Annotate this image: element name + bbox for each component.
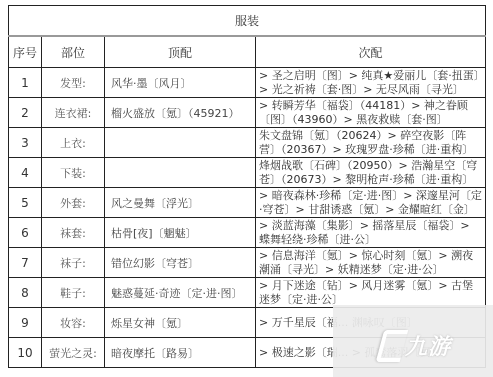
row-sub-items: > 信息海洋〔氪〕> 惊心时刻〔氪〕> 溯夜潮涌〔寻光〕> 妖精迷梦〔定·进·公… (256, 248, 486, 278)
table-row: 6袜套:枯骨[夜]〔魍魅〕> 淡蓝海藻〔集影〕> 摇落星辰〔福袋〕> 蝶舞轻绕·… (9, 218, 486, 248)
row-part: 上衣: (42, 128, 105, 158)
row-sub-items: 朱文盘锦〔氪〕（20624）> 碎空夜影〔阵营〕（20367）> 玫瑰罗盘·珍稀… (256, 128, 486, 158)
row-sub-items-text: > 转瞬芳华〔福袋〕（44181）> 神之眷顾〔图〕（43960）> 黑夜救赎〔… (259, 99, 482, 127)
table-row: 7袜子:错位幻影〔穹苍〕> 信息海洋〔氪〕> 惊心时刻〔氪〕> 溯夜潮涌〔寻光〕… (9, 248, 486, 278)
row-sub-items-text: > 淡蓝海藻〔集影〕> 摇落星辰〔福袋〕> 蝶舞轻绕·珍稀〔进·公〕 (259, 219, 482, 247)
row-part: 下装: (42, 158, 105, 188)
row-number: 7 (9, 248, 42, 278)
row-sub-items: > 圣之启明〔图〕> 纯真★爱丽儿〔套·扭蛋〕> 光之祈祷〔套·图〕> 无尽风雨… (256, 68, 486, 98)
row-top-item (105, 158, 256, 188)
header-part: 部位 (42, 36, 105, 68)
row-part: 连衣裙: (42, 98, 105, 128)
row-sub-items-text: 朱文盘锦〔氪〕（20624）> 碎空夜影〔阵营〕（20367）> 玫瑰罗盘·珍稀… (259, 129, 482, 157)
row-part: 妆容: (42, 308, 105, 338)
row-number: 3 (9, 128, 42, 158)
table-row: 5外套:风之曼舞〔浮光〕> 暗夜森林·珍稀〔定·进·图〕> 深邃星河〔定·穹苍〕… (9, 188, 486, 218)
row-part: 鞋子: (42, 278, 105, 308)
header-row: 序号 部位 顶配 次配 (9, 36, 486, 68)
row-top-item: 榴火盛放〔氪〕（45921） (105, 98, 256, 128)
row-sub-items: > 暗夜森林·珍稀〔定·进·图〕> 深邃星河〔定·穹苍〕> 甘甜诱惑〔氪〕> 金… (256, 188, 486, 218)
table-row: 1发型:风华·墨〔风月〕> 圣之启明〔图〕> 纯真★爱丽儿〔套·扭蛋〕> 光之祈… (9, 68, 486, 98)
row-number: 5 (9, 188, 42, 218)
row-top-item: 风华·墨〔风月〕 (105, 68, 256, 98)
table-row: 4下装:烽烟战歌〔石碑〕（20950）> 浩瀚星空〔穹苍〕（20673）> 黎明… (9, 158, 486, 188)
row-part: 袜子: (42, 248, 105, 278)
row-sub-items: > 月下迷途〔钻〕> 风月迷雾〔氪〕> 古堡迷梦〔定·进·公〕 (256, 278, 486, 308)
row-part: 萤光之灵: (42, 338, 105, 368)
row-number: 2 (9, 98, 42, 128)
row-number: 6 (9, 218, 42, 248)
row-top-item: 暗夜摩托〔路易〕 (105, 338, 256, 368)
row-sub-items-text: 烽烟战歌〔石碑〕（20950）> 浩瀚星空〔穹苍〕（20673）> 黎明枪声·珍… (259, 159, 482, 187)
header-sub: 次配 (256, 36, 486, 68)
row-top-item (105, 128, 256, 158)
table-row: 2连衣裙:榴火盛放〔氪〕（45921）> 转瞬芳华〔福袋〕（44181）> 神之… (9, 98, 486, 128)
row-sub-items: 烽烟战歌〔石碑〕（20950）> 浩瀚星空〔穹苍〕（20673）> 黎明枪声·珍… (256, 158, 486, 188)
row-sub-items: > 转瞬芳华〔福袋〕（44181）> 神之眷顾〔图〕（43960）> 黑夜救赎〔… (256, 98, 486, 128)
table-title: 服装 (9, 6, 486, 37)
row-top-item: 枯骨[夜]〔魍魅〕 (105, 218, 256, 248)
row-number: 4 (9, 158, 42, 188)
row-number: 9 (9, 308, 42, 338)
row-number: 1 (9, 68, 42, 98)
row-top-item: 魅惑蔓延·奇迹〔定·进·图〕 (105, 278, 256, 308)
row-number: 8 (9, 278, 42, 308)
row-sub-items-text: > 信息海洋〔氪〕> 惊心时刻〔氪〕> 溯夜潮涌〔寻光〕> 妖精迷梦〔定·进·公… (259, 249, 482, 277)
header-no: 序号 (9, 36, 42, 68)
row-number: 10 (9, 338, 42, 368)
row-top-item: 风之曼舞〔浮光〕 (105, 188, 256, 218)
table-row: 3上衣:朱文盘锦〔氪〕（20624）> 碎空夜影〔阵营〕（20367）> 玫瑰罗… (9, 128, 486, 158)
row-top-item: 烁星女神〔氪〕 (105, 308, 256, 338)
row-part: 发型: (42, 68, 105, 98)
header-top: 顶配 (105, 36, 256, 68)
row-sub-items-text: > 暗夜森林·珍稀〔定·进·图〕> 深邃星河〔定·穹苍〕> 甘甜诱惑〔氪〕> 金… (259, 189, 482, 217)
row-sub-items: > 淡蓝海藻〔集影〕> 摇落星辰〔福袋〕> 蝶舞轻绕·珍稀〔进·公〕 (256, 218, 486, 248)
row-top-item: 错位幻影〔穹苍〕 (105, 248, 256, 278)
watermark-text: 九游 (405, 330, 451, 361)
row-part: 外套: (42, 188, 105, 218)
row-sub-items-text: > 月下迷途〔钻〕> 风月迷雾〔氪〕> 古堡迷梦〔定·进·公〕 (259, 279, 482, 307)
row-part: 袜套: (42, 218, 105, 248)
row-sub-items-text: > 圣之启明〔图〕> 纯真★爱丽儿〔套·扭蛋〕> 光之祈祷〔套·图〕> 无尽风雨… (259, 69, 482, 97)
table-row: 8鞋子:魅惑蔓延·奇迹〔定·进·图〕> 月下迷途〔钻〕> 风月迷雾〔氪〕> 古堡… (9, 278, 486, 308)
